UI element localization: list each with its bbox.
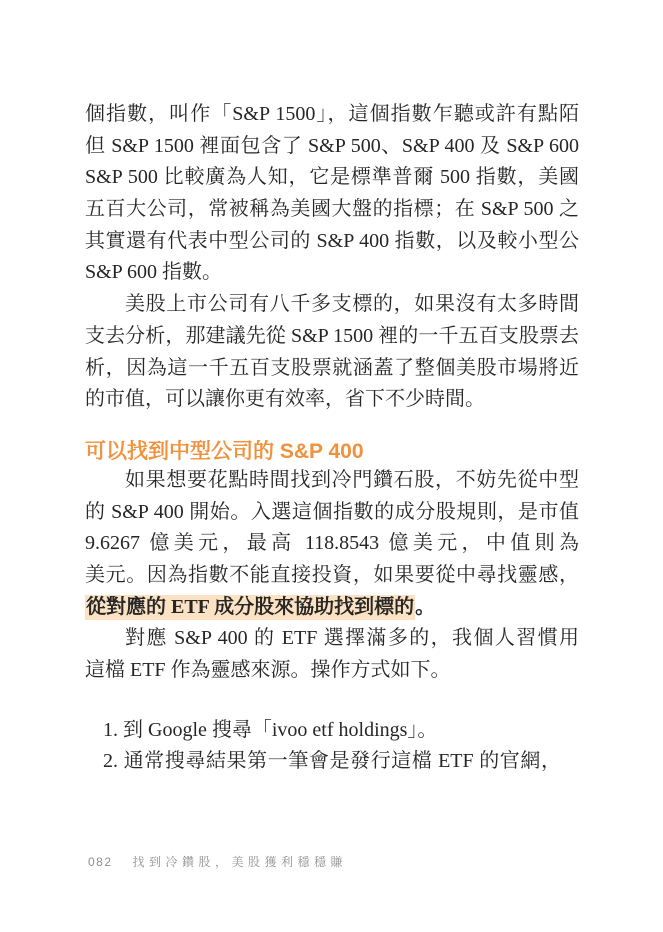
body-line: 五百大公司，常被稱為美國大盤的指標；在 S&P 500 之後， [85,194,579,226]
highlighted-sentence: 從對應的 ETF 成分股來協助找到標的 [85,595,415,620]
list-item: 2. 通常搜尋結果第一筆會是發行這檔 ETF 的官網，點擊連 [103,746,561,778]
book-page: 個指數，叫作「S&P 1500」，這個指數乍聽或許有點陌生， 但 S&P 150… [0,0,663,932]
numbered-list: 1. 到 Google 搜尋「ivoo etf holdings」。 2. 通常… [85,715,561,778]
body-line: 這檔 ETF 作為靈感來源。操作方式如下。 [85,655,579,687]
list-item: 1. 到 Google 搜尋「ivoo etf holdings」。 [103,715,561,747]
body-line: 但 S&P 1500 裡面包含了 S&P 500、S&P 400 及 S&P 6… [85,131,579,163]
body-line: 美元。因為指數不能直接投資，如果要從中尋找靈感，建議 [85,560,579,592]
paragraph: 對應 S&P 400 的 ETF 選擇滿多的，我個人習慣用「IVOO」 這檔 E… [85,623,579,686]
body-line: 其實還有代表中型公司的 S&P 400 指數，以及較小型公司的 [85,226,579,258]
page-number: 082 [88,855,113,869]
paragraph: 美股上市公司有八千多支標的，如果沒有太多時間一支一 支去分析，那建議先從 S&P… [85,289,579,416]
paragraph: 如果想要花點時間找到冷門鑽石股，不妨先從中型股指數 的 S&P 400 開始。入… [85,465,579,623]
paragraph: 個指數，叫作「S&P 1500」，這個指數乍聽或許有點陌生， 但 S&P 150… [85,99,579,289]
body-line: 支去分析，那建議先從 S&P 1500 裡的一千五百支股票去分 [85,321,579,353]
sentence-period: 。 [415,596,435,618]
body-line: S&P 600 指數。 [85,257,579,289]
body-line: S&P 500 比較廣為人知，它是標準普爾 500 指數，美國前 [85,162,579,194]
body-line: 對應 S&P 400 的 ETF 選擇滿多的，我個人習慣用「IVOO」 [85,623,579,655]
text-block: 個指數，叫作「S&P 1500」，這個指數乍聽或許有點陌生， 但 S&P 150… [85,99,579,778]
body-line: 9.6267 億美元，最高 118.8543 億美元，中值則為 38.7488 … [85,528,579,560]
section-heading: 可以找到中型公司的 S&P 400 [85,439,579,465]
body-line: 析，因為這一千五百支股票就涵蓋了整個美股市場將近 90% [85,353,579,385]
body-line: 如果想要花點時間找到冷門鑽石股，不妨先從中型股指數 [85,465,579,497]
body-line: 個指數，叫作「S&P 1500」，這個指數乍聽或許有點陌生， [85,99,579,131]
body-line: 的 S&P 400 開始。入選這個指數的成分股規則，是市值最低 [85,497,579,529]
highlighted-sentence-line: 從對應的 ETF 成分股來協助找到標的。 [85,592,579,624]
page-footer: 082找到冷鑽股，美股獲利穩穩賺 [88,853,347,870]
running-title: 找到冷鑽股，美股獲利穩穩賺 [133,855,348,869]
body-line: 的市值，可以讓你更有效率，省下不少時間。 [85,384,579,416]
body-line: 美股上市公司有八千多支標的，如果沒有太多時間一支一 [85,289,579,321]
